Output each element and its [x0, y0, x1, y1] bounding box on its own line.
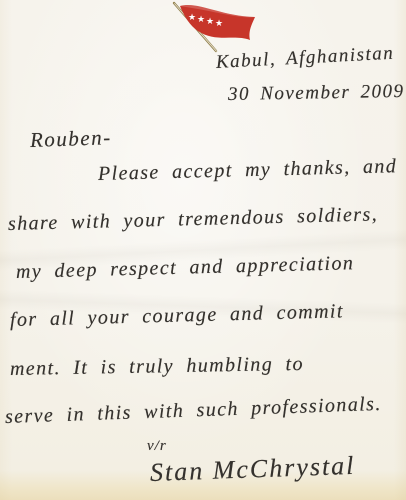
salutation: Rouben-: [30, 125, 112, 153]
flag-star-icon: ★: [197, 14, 205, 24]
flag-star-icon: ★: [206, 16, 214, 26]
signature: Stan McChrystal: [149, 451, 355, 488]
body-line: Please accept my thanks, and: [98, 155, 398, 186]
body-line: share with your tremendous soldiers,: [8, 203, 379, 236]
flag-star-icon: ★: [188, 12, 196, 22]
body-line: for all your courage and commit: [10, 300, 344, 332]
body-line: ment. It is truly humbling to: [10, 353, 304, 381]
body-line: serve in this with such professionals.: [5, 393, 382, 429]
letter-paper: ★ ★ ★ ★ Kabul, Afghanistan 30 November 2…: [0, 0, 406, 500]
flag-star-icon: ★: [215, 18, 223, 28]
body-line: my deep respect and appreciation: [16, 252, 355, 284]
heading-date: 30 November 2009: [228, 81, 405, 106]
closing-valediction: v/r: [147, 438, 167, 455]
